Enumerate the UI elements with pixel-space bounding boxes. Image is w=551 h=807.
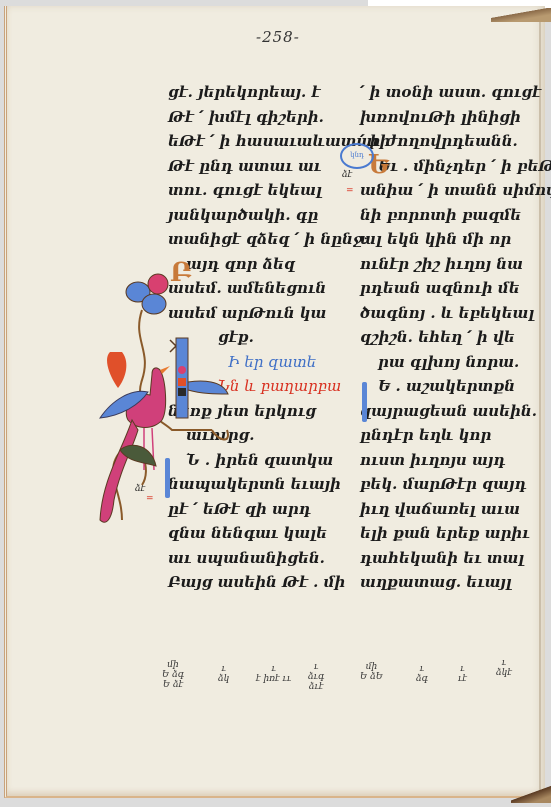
text-line: տանիցէ զձեզ ՛ ի նընջ։ bbox=[168, 227, 390, 252]
text-line: Ե ․ աշակերտքն bbox=[360, 374, 551, 399]
text-line: ծագնոյ ․ և եբեկեալ bbox=[360, 301, 551, 326]
text-line: ուստ իւղոյս այդ bbox=[360, 448, 551, 473]
footer-note: ւ ւէ bbox=[458, 664, 467, 684]
text-line: ՛ ի տօնի աստ․ գուցէ bbox=[360, 80, 551, 105]
text-line: զայրացեան ասեին․ bbox=[360, 399, 551, 424]
text-line: զշիշն․ եհեղ ՛ ի վե bbox=[360, 325, 551, 350]
text-line: անիա ՛ ի տանն սիմով bbox=[360, 178, 551, 203]
text-line: իւղ վաճառել աւա bbox=[360, 497, 551, 522]
text-line: րդեան ազնուի մե bbox=[360, 276, 551, 301]
text-line: նի բորոտի բազմե bbox=[360, 203, 551, 228]
text-line: տու․ գուցէ եկեալ bbox=[168, 178, 390, 203]
text-line: բեկ․ մարԹէր զայդ bbox=[360, 472, 551, 497]
circled-margin-note: կնդ bbox=[340, 143, 374, 169]
binding-corner-bottom bbox=[511, 783, 551, 803]
text-line: րա գլխոյ նորա․ bbox=[360, 350, 551, 375]
blue-initial-right bbox=[362, 382, 367, 422]
text-line: ալ եկն կին մի որ bbox=[360, 227, 551, 252]
footer-note: ւ ձւգ ձւէ bbox=[308, 662, 324, 692]
text-line: ունէր շիշ իւղոյ նա bbox=[360, 252, 551, 277]
footer-note: մի Ե ձգ Ե ձէ bbox=[162, 660, 184, 690]
text-line: Բայց ասեին Թէ ․ մի bbox=[168, 570, 390, 595]
text-line: յանկարծակի․ գը bbox=[168, 203, 390, 228]
illuminated-bird-decoration bbox=[92, 270, 232, 530]
text-line: աղքատաց․ եւայլ bbox=[360, 570, 551, 595]
footer-note: ւ ձկ bbox=[218, 664, 229, 684]
binding-corner-top bbox=[491, 8, 551, 22]
footer-note: ւ ձկէ bbox=[496, 658, 512, 678]
text-line: աւ սպանանիցեն․ bbox=[168, 546, 390, 571]
text-line: ընդէր եղև կոր bbox=[360, 423, 551, 448]
text-line: ցէ․ յերեկորեայ․ է bbox=[168, 80, 390, 105]
text-line: խռովուԹի լինիցի bbox=[360, 105, 551, 130]
red-margin-mark: = bbox=[346, 186, 354, 196]
text-line: ելի քան երեք արիւ bbox=[360, 521, 551, 546]
margin-note: ձէ bbox=[342, 170, 352, 180]
text-line: Թէ ՛ խմէլ գիշերի․ bbox=[168, 105, 390, 130]
footer-note: մի Ե ձԵ bbox=[360, 662, 383, 682]
text-line: դահեկանի եւ տալ bbox=[360, 546, 551, 571]
footer-note: ւ ձգ bbox=[416, 664, 428, 684]
footer-note: ւ է իռէ ււ bbox=[256, 664, 291, 684]
folio-number: -258- bbox=[256, 28, 300, 46]
